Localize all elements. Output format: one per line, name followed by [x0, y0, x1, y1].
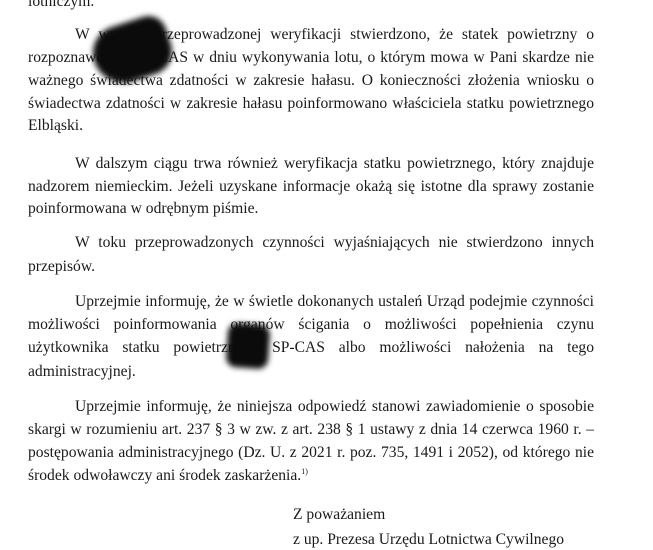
partial-line: lotniczym.	[28, 0, 594, 12]
text-line: użytkownika statku powietrznego SP-CAS a…	[28, 338, 594, 358]
text-line: Uprzejmie informuję, że w świetle dokona…	[75, 292, 594, 312]
text-line: Uprzejmie informuję, że niniejsza odpowi…	[75, 397, 594, 417]
text-line: skargi w rozumieniu art. 237 § 3 w zw. z…	[28, 420, 594, 440]
redaction-mark	[226, 323, 271, 370]
text-line: świadectwa zdatności w zakresie hałasu p…	[28, 94, 594, 114]
text-line: nadzorem niemieckim. Jeżeli uzyskane inf…	[28, 177, 594, 197]
document-page: lotniczym. W wyniku przeprowadzonej wery…	[0, 0, 653, 550]
text-line: Elbląski.	[28, 116, 594, 136]
text-line: administracyjnej.	[28, 362, 594, 382]
closing-salutation: Z poważaniem	[293, 505, 385, 525]
text-line: W dalszym ciągu trwa również weryfikacja…	[75, 154, 594, 174]
text-line: postępowania administracyjnego (Dz. U. z…	[28, 443, 594, 463]
text-line: W toku przeprowadzonych czynności wyjaśn…	[75, 233, 594, 253]
text-line: środek odwoławczy ani środek zaskarżenia…	[28, 467, 301, 484]
signatory-authority: z up. Prezesa Urzędu Lotnictwa Cywilnego	[293, 530, 564, 550]
text-line-with-footnote: środek odwoławczy ani środek zaskarżenia…	[28, 466, 594, 486]
text-line: możliwości poinformowania organów ścigan…	[28, 315, 594, 335]
text-line: poinformowana w odrębnym piśmie.	[28, 199, 594, 219]
footnote-marker[interactable]: 1)	[301, 467, 308, 476]
text-line: przepisów.	[28, 257, 594, 277]
